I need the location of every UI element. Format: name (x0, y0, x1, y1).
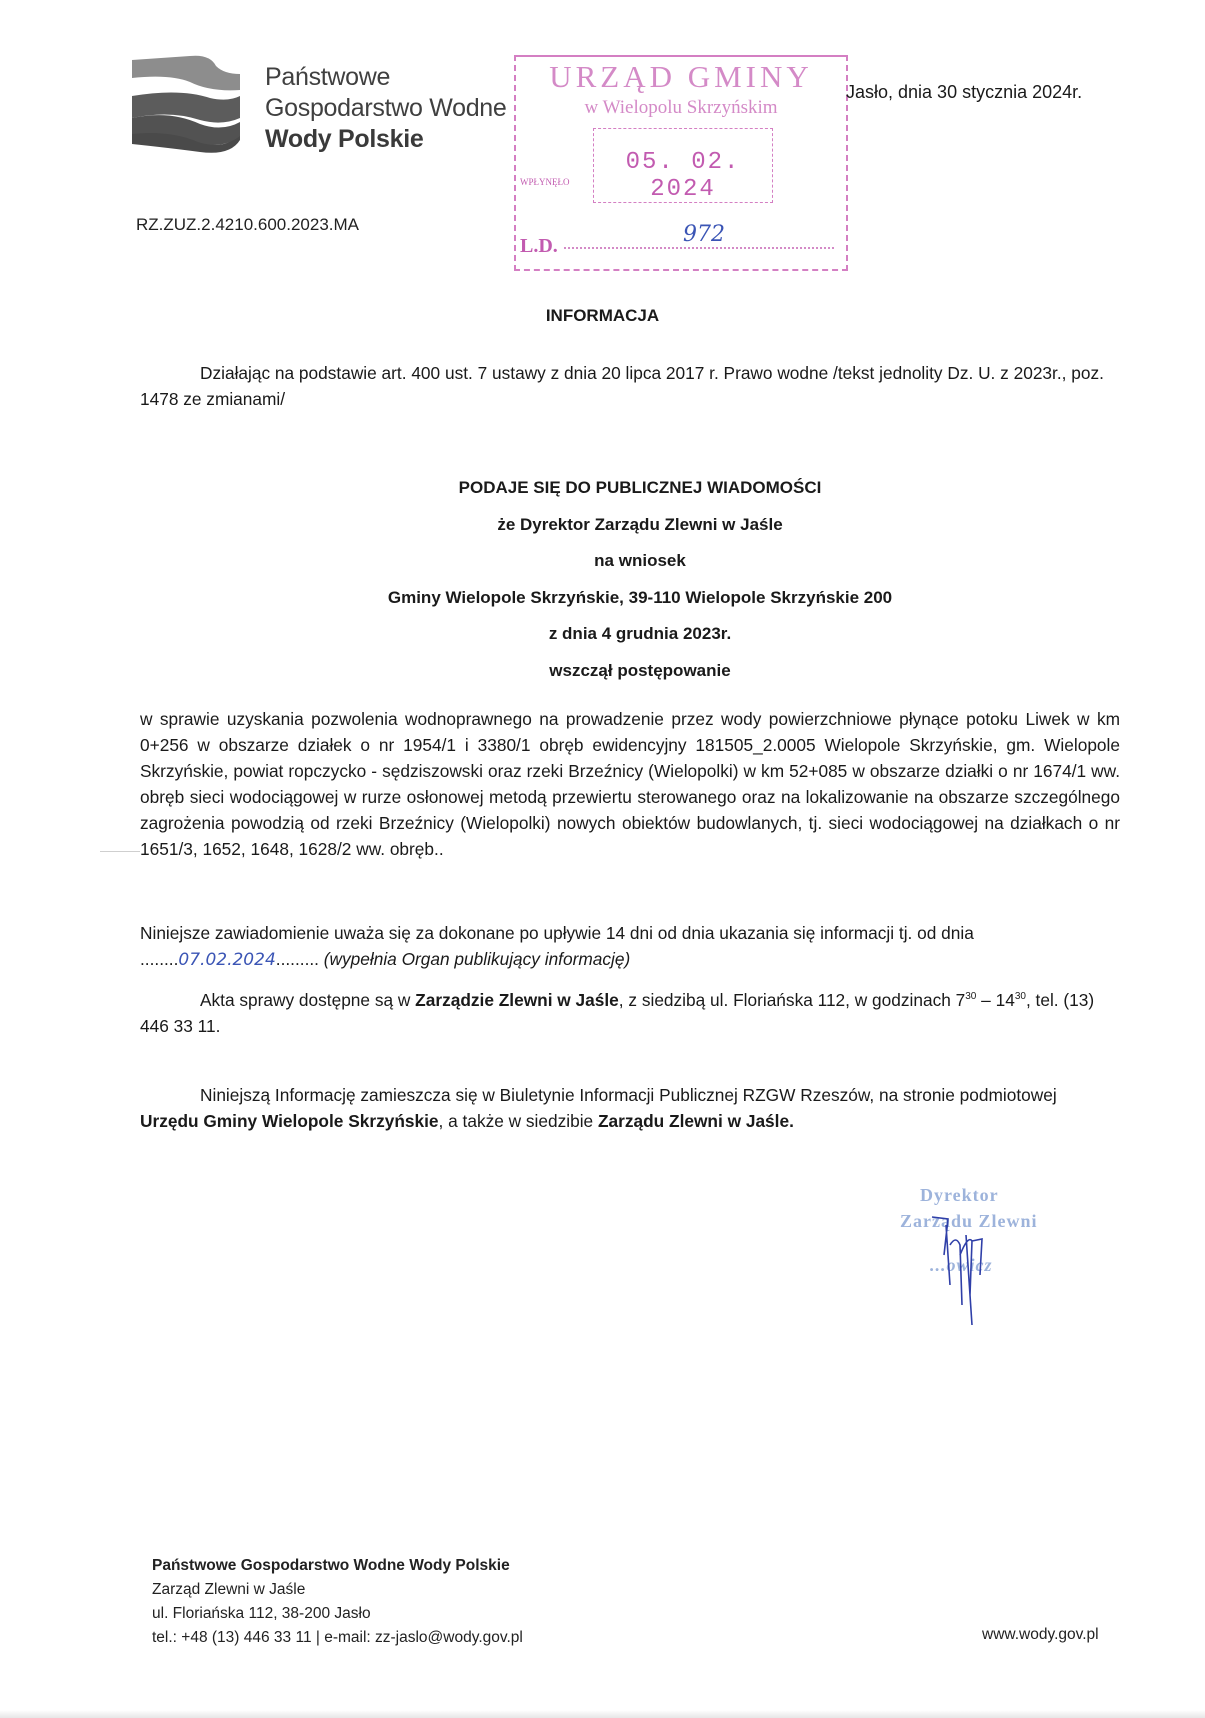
place-and-date: Jasło, dnia 30 stycznia 2024r. (846, 82, 1082, 103)
notice-text: Niniejsze zawiadomienie uważa się za dok… (140, 923, 974, 943)
logo-line-3: Wody Polskie (265, 124, 507, 155)
notice-note: (wypełnia Organ publikujący informację) (324, 949, 630, 969)
stamp-ld-dots (564, 247, 834, 249)
signature-stamp-line-1: Dyrektor (920, 1185, 999, 1206)
signature-stamp: Dyrektor Zarządu Zlewni ...owicz (900, 1185, 1100, 1325)
files-paragraph: Akta sprawy dostępne są w Zarządzie Zlew… (140, 984, 1120, 1039)
scan-artifact-line (100, 851, 140, 852)
stamp-ld-number: 972 (683, 222, 725, 247)
hours-end-minutes: 30 (1015, 991, 1026, 1002)
publication-text: Niniejszą Informację zamieszcza się w Bi… (200, 1085, 1057, 1105)
footer-unit: Zarząd Zlewni w Jaśle (152, 1578, 523, 1602)
footer-address-line: ul. Floriańska 112, 38-200 Jasło (152, 1602, 523, 1626)
stamp-ld-label: L.D. (520, 235, 558, 258)
wody-polskie-logo-icon (130, 52, 242, 154)
footer-website-link[interactable]: www.wody.gov.pl (982, 1626, 1099, 1644)
notice-paragraph: Niniejsze zawiadomienie uważa się za dok… (140, 920, 1120, 973)
announcement-line: że Dyrektor Zarządu Zlewni w Jaśle (260, 507, 1020, 544)
matter-description: w sprawie uzyskania pozwolenia wodnopraw… (140, 706, 1120, 862)
publication-office-2: Zarządu Zlewni w Jaśle. (598, 1111, 794, 1131)
logo-line-2: Gospodarstwo Wodne (265, 93, 507, 124)
publication-office-1: Urzędu Gminy Wielopole Skrzyńskie (140, 1111, 439, 1131)
announcement-line: z dnia 4 grudnia 2023r. (260, 616, 1020, 653)
document-title: INFORMACJA (0, 306, 1205, 326)
logo-wordmark: Państwowe Gospodarstwo Wodne Wody Polski… (265, 62, 507, 155)
stamp-date-box: 05. 02. 2024 (593, 128, 773, 203)
stamp-received-date: 05. 02. 2024 (594, 149, 772, 203)
notice-dots: ......... (276, 949, 319, 969)
received-stamp: URZĄD GMINY w Wielopolu Skrzyńskim WPŁYN… (514, 55, 848, 271)
files-text: , z siedzibą ul. Floriańska 112, w godzi… (619, 990, 965, 1010)
footer-org: Państwowe Gospodarstwo Wodne Wody Polski… (152, 1554, 523, 1578)
reference-number: RZ.ZUZ.2.4210.600.2023.MA (136, 215, 359, 235)
hours-start-minutes: 30 (965, 991, 976, 1002)
publication-text: , a także w siedzibie (439, 1111, 598, 1131)
legal-basis: Działając na podstawie art. 400 ust. 7 u… (140, 360, 1120, 412)
files-office: Zarządzie Zlewni w Jaśle (415, 990, 619, 1010)
stamp-received-label: WPŁYNĘŁO (520, 177, 570, 187)
footer-address: Państwowe Gospodarstwo Wodne Wody Polski… (152, 1554, 523, 1650)
announcement-block: PODAJE SIĘ DO PUBLICZNEJ WIADOMOŚCI że D… (260, 470, 1020, 689)
announcement-line: na wniosek (260, 543, 1020, 580)
files-text: Akta sprawy dostępne są w (200, 990, 415, 1010)
notice-dots: ........ (140, 949, 178, 969)
logo-line-1: Państwowe (265, 62, 507, 93)
scan-bottom-edge (0, 1710, 1205, 1718)
publication-paragraph: Niniejszą Informację zamieszcza się w Bi… (140, 1082, 1120, 1134)
handwritten-signature-icon (920, 1215, 1020, 1325)
announcement-line: wszczął postępowanie (260, 653, 1020, 690)
stamp-title: URZĄD GMINY (516, 59, 846, 95)
handwritten-publication-date: 07.02.2024 (178, 950, 275, 970)
files-text: – 14 (976, 990, 1014, 1010)
footer-contact: tel.: +48 (13) 446 33 11 | e-mail: zz-ja… (152, 1626, 523, 1650)
announcement-line: PODAJE SIĘ DO PUBLICZNEJ WIADOMOŚCI (260, 470, 1020, 507)
stamp-subtitle: w Wielopolu Skrzyńskim (516, 97, 846, 119)
announcement-line: Gminy Wielopole Skrzyńskie, 39-110 Wielo… (260, 580, 1020, 617)
